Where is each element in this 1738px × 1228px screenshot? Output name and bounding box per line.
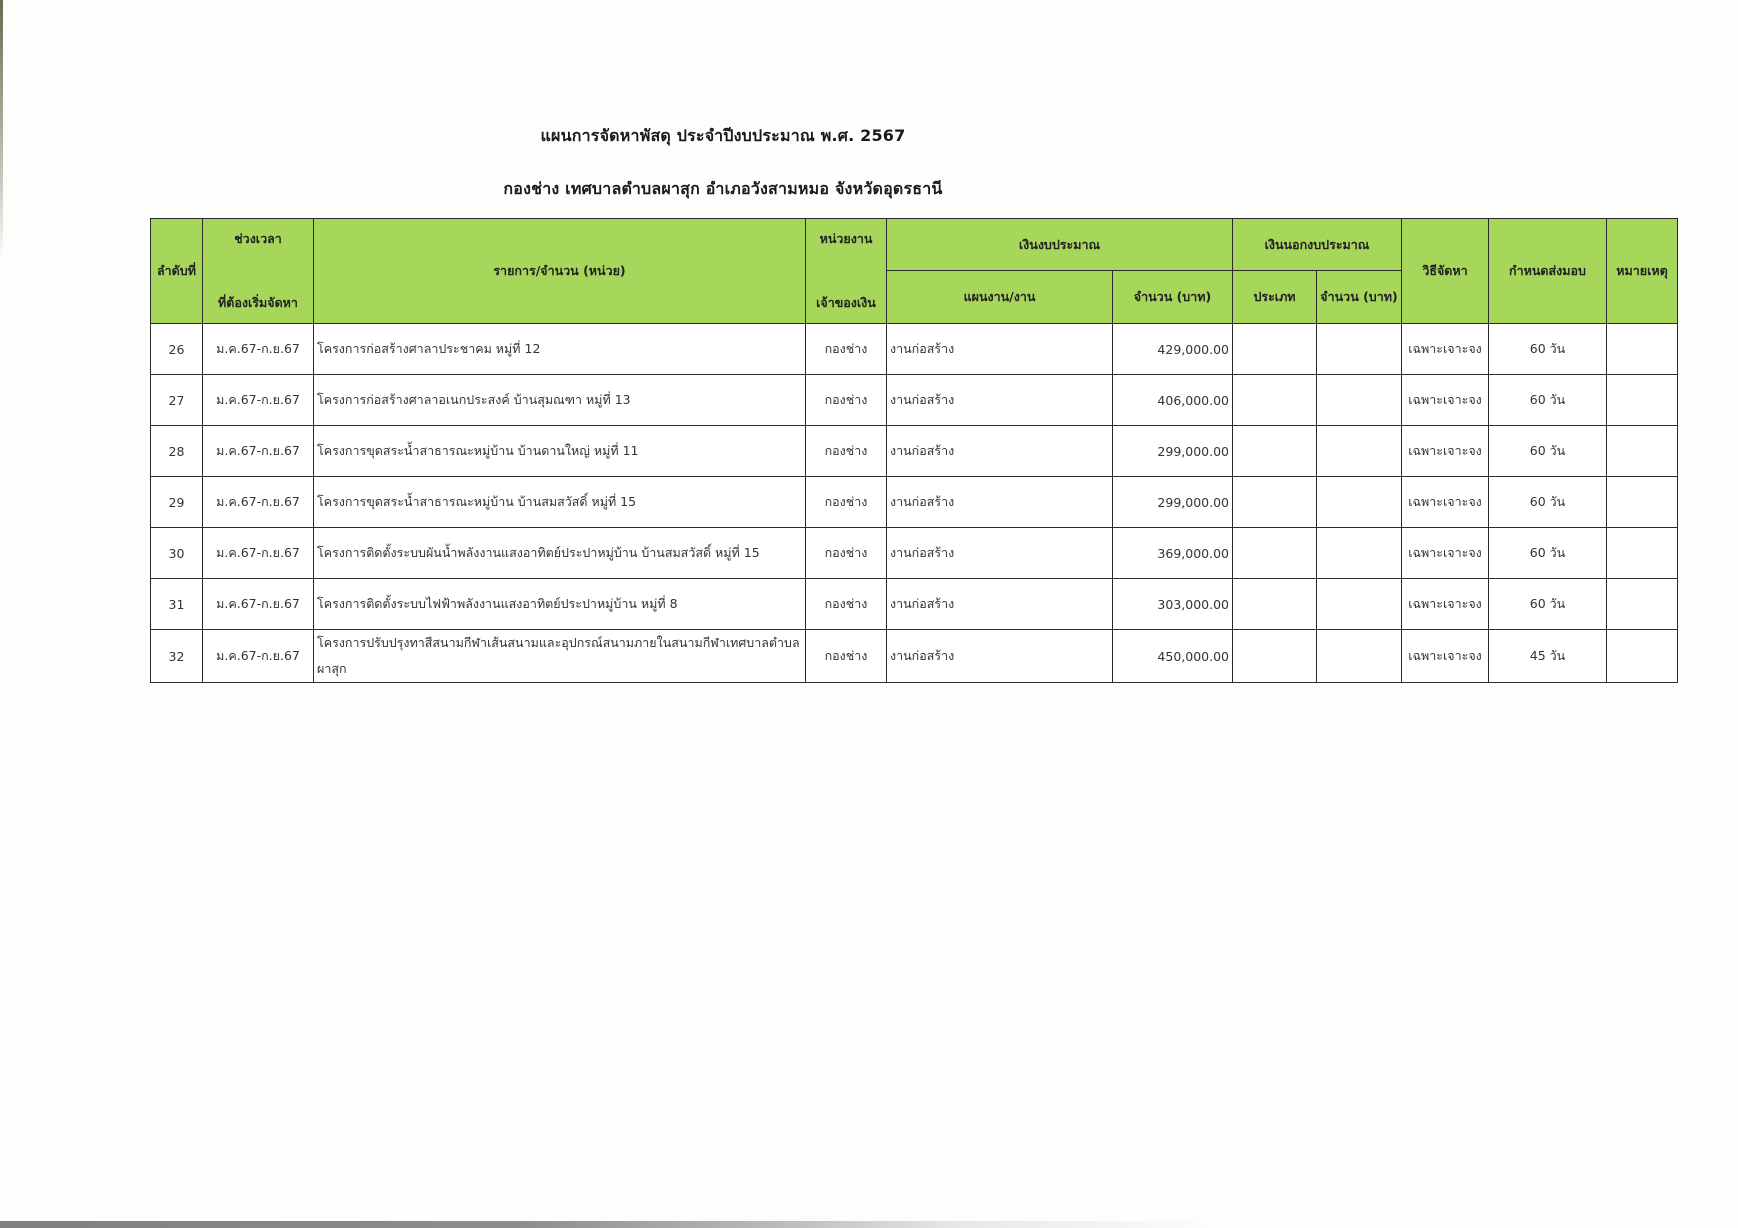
cell-amount: 299,000.00 bbox=[1113, 426, 1233, 477]
cell-offbudget-amount bbox=[1317, 630, 1402, 683]
procurement-plan-table: ลำดับที่ ช่วงเวลา ที่ต้องเริ่มจัดหา รายก… bbox=[150, 218, 1678, 683]
cell-amount: 406,000.00 bbox=[1113, 375, 1233, 426]
cell-no: 32 bbox=[151, 630, 203, 683]
table-row: 28ม.ค.67-ก.ย.67โครงการขุดสระน้ำสาธารณะหม… bbox=[151, 426, 1678, 477]
header-period-line1: ช่วงเวลา bbox=[206, 229, 310, 249]
header-item: รายการ/จำนวน (หน่วย) bbox=[314, 219, 806, 324]
cell-remark bbox=[1607, 630, 1678, 683]
cell-item: โครงการติดตั้งระบบผันน้ำพลังงานแสงอาทิตย… bbox=[314, 528, 806, 579]
cell-method: เฉพาะเจาะจง bbox=[1402, 630, 1489, 683]
header-budget: เงินงบประมาณ bbox=[887, 219, 1233, 271]
cell-plan: งานก่อสร้าง bbox=[887, 426, 1113, 477]
cell-remark bbox=[1607, 528, 1678, 579]
cell-period: ม.ค.67-ก.ย.67 bbox=[203, 579, 314, 630]
table-row: 29ม.ค.67-ก.ย.67โครงการขุดสระน้ำสาธารณะหม… bbox=[151, 477, 1678, 528]
document-subtitle: กองช่าง เทศบาลตำบลผาสุก อำเภอวังสามหมอ จ… bbox=[0, 177, 1446, 202]
cell-offbudget-type bbox=[1233, 375, 1317, 426]
cell-agency: กองช่าง bbox=[806, 375, 887, 426]
cell-no: 27 bbox=[151, 375, 203, 426]
cell-amount: 369,000.00 bbox=[1113, 528, 1233, 579]
cell-agency: กองช่าง bbox=[806, 477, 887, 528]
cell-item: โครงการก่อสร้างศาลาประชาคม หมู่ที่ 12 bbox=[314, 324, 806, 375]
cell-delivery: 60 วัน bbox=[1489, 477, 1607, 528]
cell-period: ม.ค.67-ก.ย.67 bbox=[203, 324, 314, 375]
cell-offbudget-type bbox=[1233, 426, 1317, 477]
cell-period: ม.ค.67-ก.ย.67 bbox=[203, 630, 314, 683]
table-row: 30ม.ค.67-ก.ย.67โครงการติดตั้งระบบผันน้ำพ… bbox=[151, 528, 1678, 579]
cell-offbudget-type bbox=[1233, 579, 1317, 630]
cell-remark bbox=[1607, 579, 1678, 630]
cell-agency: กองช่าง bbox=[806, 528, 887, 579]
cell-item: โครงการขุดสระน้ำสาธารณะหมู่บ้าน บ้านสมสว… bbox=[314, 477, 806, 528]
header-agency-line2: เจ้าของเงิน bbox=[809, 293, 883, 313]
table-row: 31ม.ค.67-ก.ย.67โครงการติดตั้งระบบไฟฟ้าพล… bbox=[151, 579, 1678, 630]
cell-plan: งานก่อสร้าง bbox=[887, 375, 1113, 426]
cell-offbudget-amount bbox=[1317, 579, 1402, 630]
cell-period: ม.ค.67-ก.ย.67 bbox=[203, 375, 314, 426]
cell-agency: กองช่าง bbox=[806, 324, 887, 375]
cell-offbudget-amount bbox=[1317, 426, 1402, 477]
cell-agency: กองช่าง bbox=[806, 579, 887, 630]
cell-delivery: 60 วัน bbox=[1489, 579, 1607, 630]
cell-plan: งานก่อสร้าง bbox=[887, 579, 1113, 630]
cell-amount: 299,000.00 bbox=[1113, 477, 1233, 528]
cell-delivery: 60 วัน bbox=[1489, 375, 1607, 426]
cell-period: ม.ค.67-ก.ย.67 bbox=[203, 426, 314, 477]
cell-period: ม.ค.67-ก.ย.67 bbox=[203, 477, 314, 528]
cell-remark bbox=[1607, 477, 1678, 528]
cell-delivery: 60 วัน bbox=[1489, 426, 1607, 477]
cell-plan: งานก่อสร้าง bbox=[887, 324, 1113, 375]
cell-offbudget-type bbox=[1233, 630, 1317, 683]
cell-remark bbox=[1607, 324, 1678, 375]
cell-method: เฉพาะเจาะจง bbox=[1402, 579, 1489, 630]
cell-remark bbox=[1607, 375, 1678, 426]
cell-amount: 303,000.00 bbox=[1113, 579, 1233, 630]
document-title: แผนการจัดหาพัสดุ ประจำปีงบประมาณ พ.ศ. 25… bbox=[0, 124, 1446, 149]
cell-delivery: 60 วัน bbox=[1489, 324, 1607, 375]
cell-no: 31 bbox=[151, 579, 203, 630]
cell-remark bbox=[1607, 426, 1678, 477]
table-row: 27ม.ค.67-ก.ย.67โครงการก่อสร้างศาลาอเนกปร… bbox=[151, 375, 1678, 426]
cell-method: เฉพาะเจาะจง bbox=[1402, 528, 1489, 579]
cell-no: 28 bbox=[151, 426, 203, 477]
cell-plan: งานก่อสร้าง bbox=[887, 630, 1113, 683]
cell-item: โครงการปรับปรุงทาสีสนามกีฬาเส้นสนามและอุ… bbox=[314, 630, 806, 683]
cell-item: โครงการก่อสร้างศาลาอเนกประสงค์ บ้านสุมณฑ… bbox=[314, 375, 806, 426]
header-period-line2: ที่ต้องเริ่มจัดหา bbox=[206, 293, 310, 313]
header-period: ช่วงเวลา ที่ต้องเริ่มจัดหา bbox=[203, 219, 314, 324]
header-offbudget-type: ประเภท bbox=[1233, 271, 1317, 324]
cell-item: โครงการติดตั้งระบบไฟฟ้าพลังงานแสงอาทิตย์… bbox=[314, 579, 806, 630]
cell-no: 30 bbox=[151, 528, 203, 579]
header-no: ลำดับที่ bbox=[151, 219, 203, 324]
cell-agency: กองช่าง bbox=[806, 426, 887, 477]
cell-no: 29 bbox=[151, 477, 203, 528]
cell-method: เฉพาะเจาะจง bbox=[1402, 324, 1489, 375]
cell-delivery: 60 วัน bbox=[1489, 528, 1607, 579]
header-agency: หน่วยงาน เจ้าของเงิน bbox=[806, 219, 887, 324]
cell-method: เฉพาะเจาะจง bbox=[1402, 426, 1489, 477]
header-offbudget: เงินนอกงบประมาณ bbox=[1233, 219, 1402, 271]
cell-no: 26 bbox=[151, 324, 203, 375]
cell-agency: กองช่าง bbox=[806, 630, 887, 683]
cell-amount: 450,000.00 bbox=[1113, 630, 1233, 683]
table-row: 32ม.ค.67-ก.ย.67โครงการปรับปรุงทาสีสนามกี… bbox=[151, 630, 1678, 683]
header-budget-amount: จำนวน (บาท) bbox=[1113, 271, 1233, 324]
cell-period: ม.ค.67-ก.ย.67 bbox=[203, 528, 314, 579]
cell-item: โครงการขุดสระน้ำสาธารณะหมู่บ้าน บ้านดานใ… bbox=[314, 426, 806, 477]
cell-plan: งานก่อสร้าง bbox=[887, 528, 1113, 579]
header-remark: หมายเหตุ bbox=[1607, 219, 1678, 324]
cell-offbudget-amount bbox=[1317, 324, 1402, 375]
cell-offbudget-type bbox=[1233, 477, 1317, 528]
cell-offbudget-amount bbox=[1317, 375, 1402, 426]
cell-offbudget-type bbox=[1233, 528, 1317, 579]
cell-amount: 429,000.00 bbox=[1113, 324, 1233, 375]
cell-method: เฉพาะเจาะจง bbox=[1402, 477, 1489, 528]
cell-plan: งานก่อสร้าง bbox=[887, 477, 1113, 528]
cell-method: เฉพาะเจาะจง bbox=[1402, 375, 1489, 426]
cell-offbudget-type bbox=[1233, 324, 1317, 375]
header-method: วิธีจัดหา bbox=[1402, 219, 1489, 324]
cell-offbudget-amount bbox=[1317, 477, 1402, 528]
table-row: 26ม.ค.67-ก.ย.67โครงการก่อสร้างศาลาประชาค… bbox=[151, 324, 1678, 375]
header-offbudget-amount: จำนวน (บาท) bbox=[1317, 271, 1402, 324]
scan-edge-bottom bbox=[0, 1221, 1738, 1228]
cell-delivery: 45 วัน bbox=[1489, 630, 1607, 683]
cell-offbudget-amount bbox=[1317, 528, 1402, 579]
header-delivery: กำหนดส่งมอบ bbox=[1489, 219, 1607, 324]
header-agency-line1: หน่วยงาน bbox=[809, 229, 883, 249]
header-budget-plan: แผนงาน/งาน bbox=[887, 271, 1113, 324]
